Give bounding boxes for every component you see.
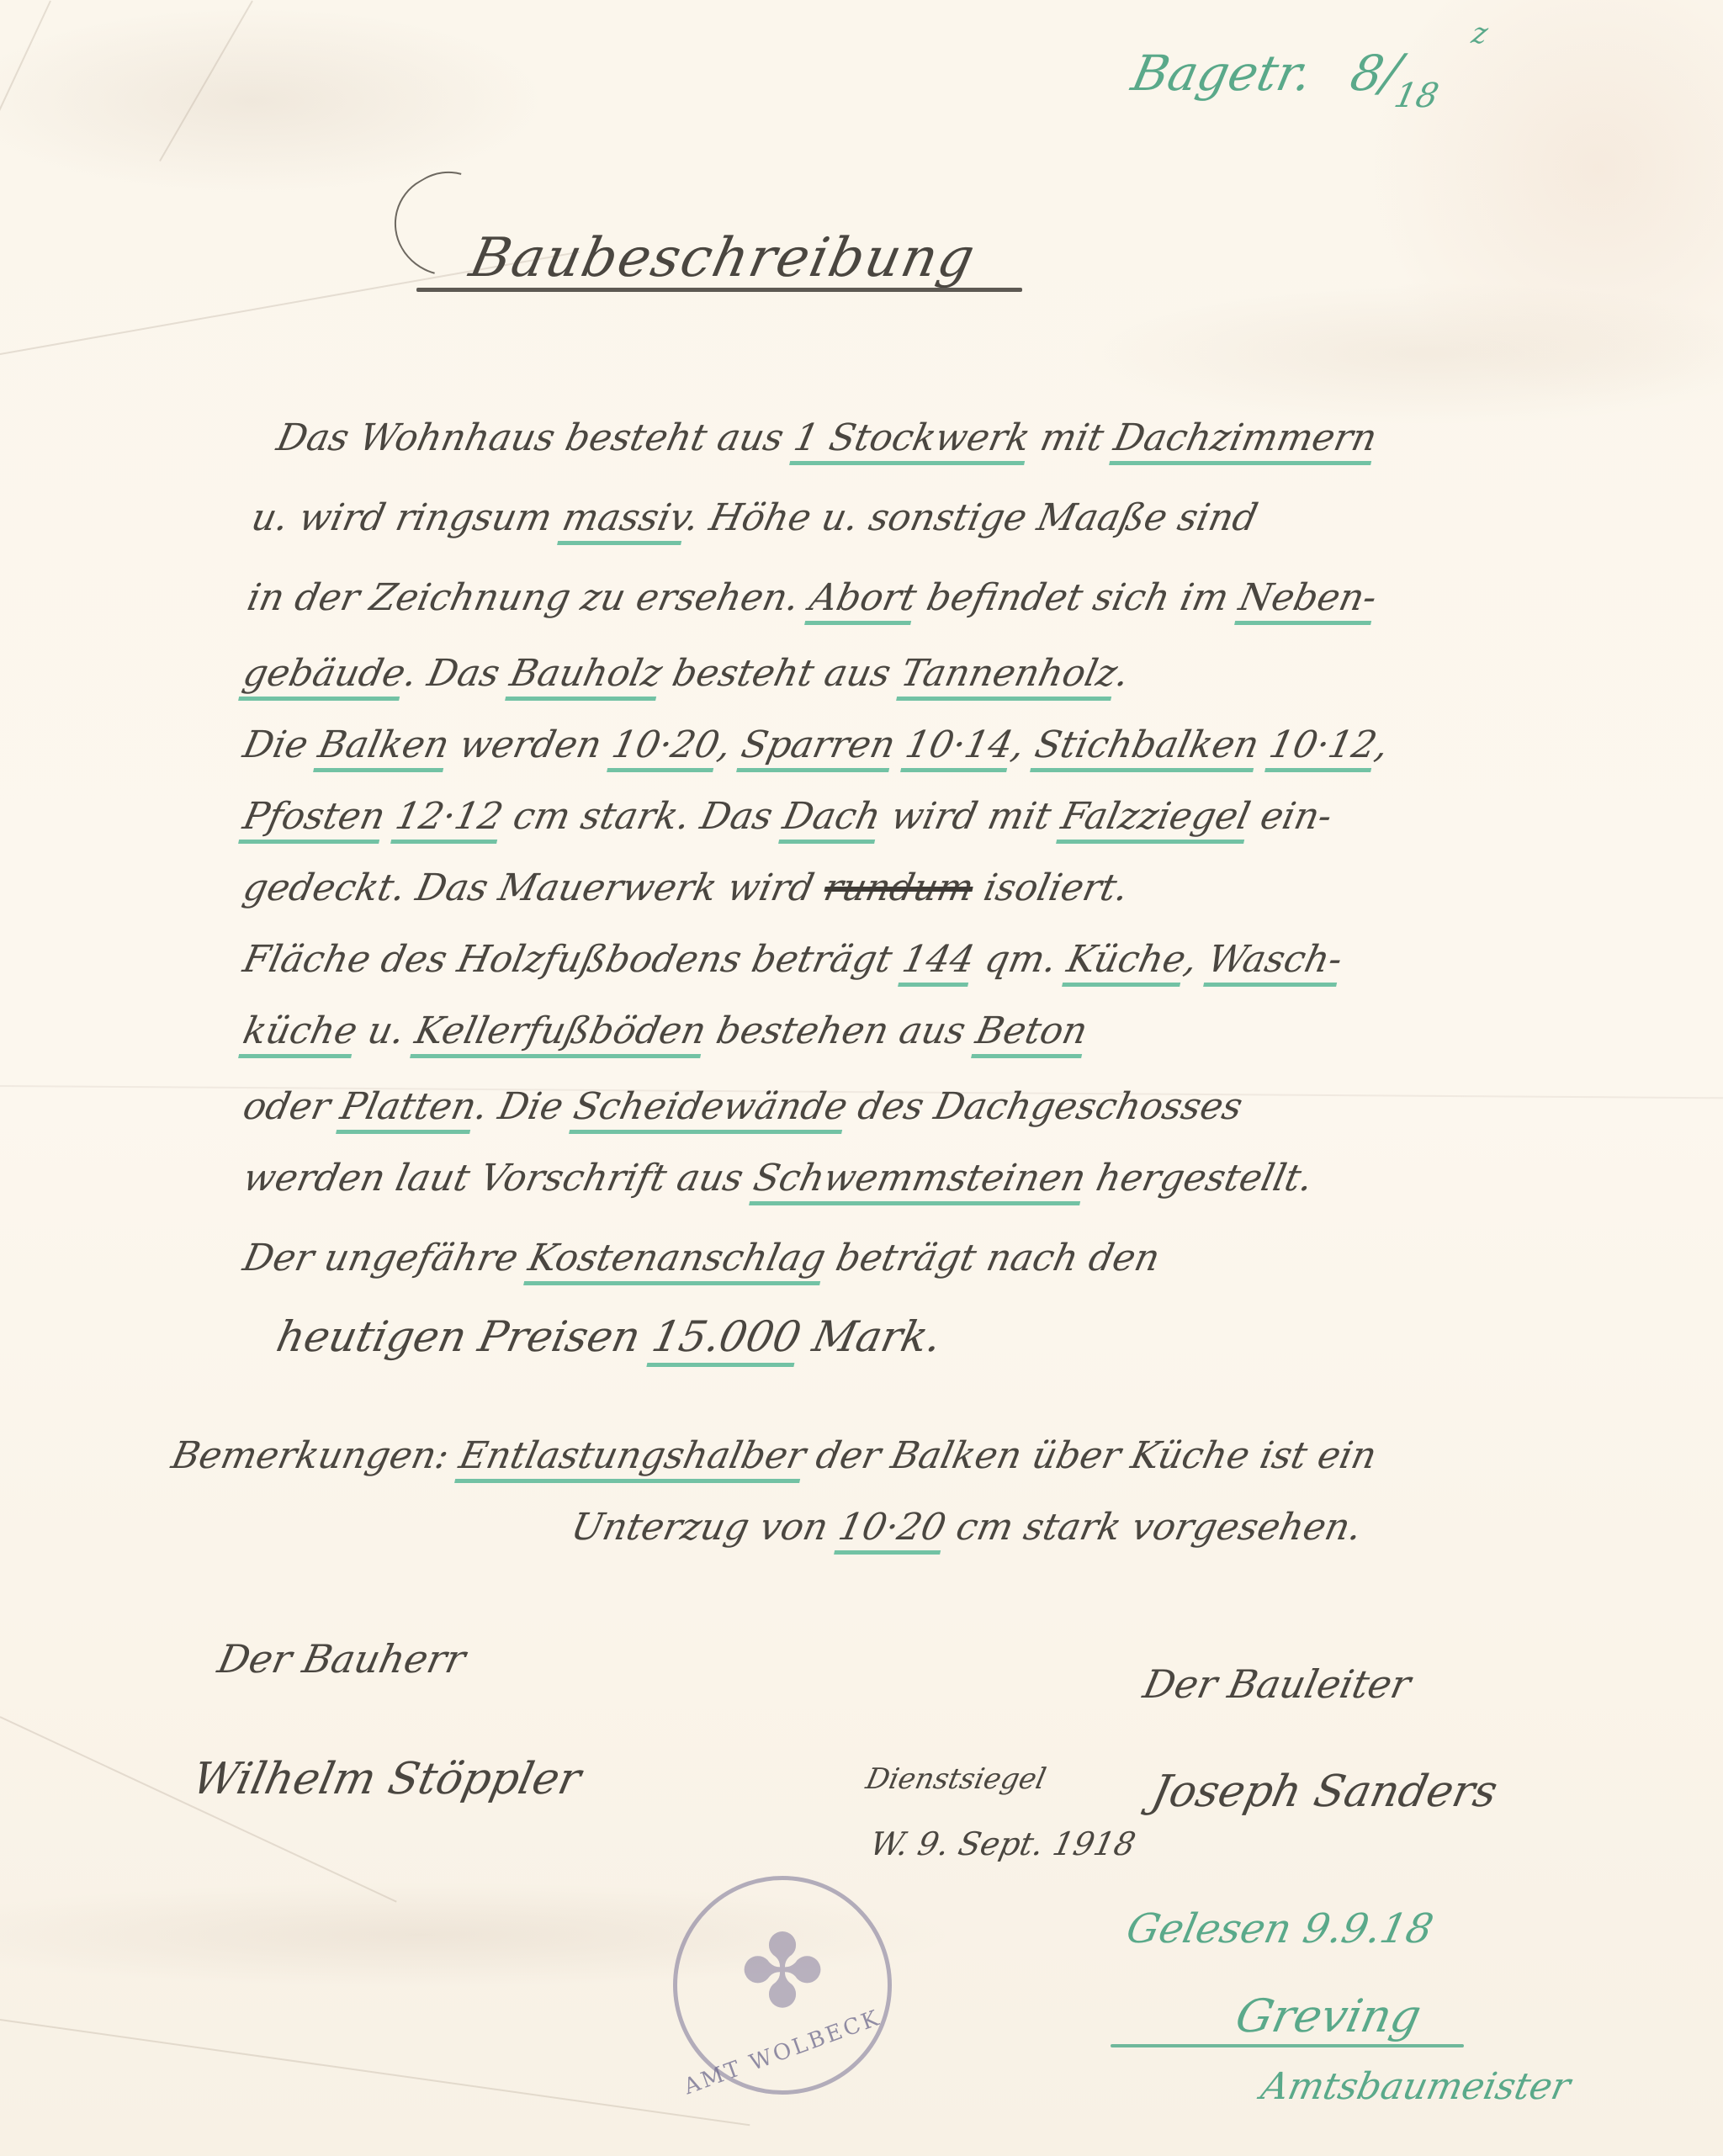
text-segment: oder (240, 1085, 347, 1128)
paper-crease (159, 1, 253, 162)
read-note: Gelesen 9.9.18 (1122, 1905, 1437, 1952)
owner-label: Der Bauherr (214, 1636, 469, 1682)
official-signature-underline (1111, 2044, 1464, 2047)
text-segment: werden (444, 723, 618, 766)
underlined-text: Dach (778, 795, 885, 844)
underlined-text: 15.000 (647, 1312, 806, 1367)
seal-note: Dienstsiegel (863, 1762, 1049, 1796)
body-line: gedeckt. Das Mauerwerk wird rundum isoli… (240, 866, 1132, 909)
text-segment: Die (240, 723, 324, 766)
underlined-text: 144 (898, 938, 978, 987)
body-line: Die Balken werden 10·20, Sparren 10·14, … (240, 723, 1392, 766)
text-segment: . Höhe u. sonstige Maaße sind (682, 496, 1261, 539)
underlined-text: Entlastungshalber (454, 1434, 809, 1483)
underlined-text: Pfosten (238, 795, 389, 844)
underlined-text: Beton (971, 1009, 1091, 1058)
text-segment: mit (1025, 416, 1119, 459)
underlined-text: Falzziegel (1057, 795, 1254, 844)
text-segment: des Dachgeschosses (842, 1085, 1246, 1128)
underlined-text: Abort (804, 576, 920, 625)
text-segment: cm stark. Das (498, 795, 788, 838)
body-line: gebäude. Das Bauholz besteht aus Tannenh… (240, 652, 1133, 695)
text-segment: u. (353, 1009, 421, 1052)
body-line: in der Zeichnung zu ersehen. Abort befin… (244, 576, 1381, 619)
text-segment: bestehen aus (701, 1009, 981, 1052)
paper-crease (0, 1716, 397, 1903)
text-segment: qm. (969, 938, 1073, 981)
document-page: Bagetr. 8/18 z Baubeschreibung Das Wohnh… (0, 0, 1723, 2156)
remarks-label: Bemerkungen: (168, 1434, 453, 1477)
owner-signature: Wilhelm Stöppler (188, 1754, 586, 1804)
text-segment: Das Wohnhaus besteht aus (273, 416, 799, 459)
reference-prefix: Bagetr. (1127, 45, 1317, 102)
body-line: Der ungefähre Kostenanschlag beträgt nac… (240, 1237, 1164, 1279)
official-title: Amtsbaumeister (1258, 2065, 1575, 2108)
body-line: küche u. Kellerfußböden bestehen aus Bet… (240, 1009, 1092, 1052)
struck-word: rundum (820, 866, 978, 909)
underlined-text: Sparren (736, 723, 899, 772)
underlined-text: massiv (558, 496, 692, 545)
text-segment: isoliert. (968, 866, 1132, 909)
underlined-text: Kellerfußböden (410, 1009, 710, 1058)
text-segment: heutigen Preisen (273, 1312, 659, 1361)
underlined-text: Dachzimmern (1109, 416, 1381, 465)
body-line: Das Wohnhaus besteht aus 1 Stockwerk mit… (273, 416, 1381, 459)
builder-signature: Joseph Sanders (1148, 1767, 1502, 1817)
underlined-text: Stichbalken (1030, 723, 1263, 772)
remarks-line-2: Unterzug von 10·20 cm stark vorgesehen. (568, 1506, 1366, 1549)
body-line: werden laut Vorschrift aus Schwemmsteine… (240, 1157, 1317, 1200)
reference-superscript: z (1469, 17, 1491, 50)
remarks-block: Bemerkungen: Entlastungshalber der Balke… (168, 1434, 1381, 1477)
body-line: u. wird ringsum massiv. Höhe u. sonstige… (248, 496, 1262, 539)
builder-label: Der Bauleiter (1139, 1661, 1414, 1707)
reference-year: 18 (1391, 77, 1442, 115)
eagle-icon: ✤ (740, 1922, 825, 2023)
paper-crease (0, 2019, 750, 2126)
text-segment: besteht aus (657, 652, 906, 695)
body-line: heutigen Preisen 15.000 Mark. (273, 1312, 946, 1361)
official-signature: Greving (1231, 1989, 1425, 2042)
page-title: Baubeschreibung (464, 227, 981, 289)
underlined-text: Bauholz (505, 652, 665, 701)
underlined-text: Platten (336, 1085, 480, 1134)
reference-mark: Bagetr. 8/18 (1124, 44, 1449, 115)
underlined-text: 10·14 (900, 723, 1016, 772)
text-segment: Unterzug von (568, 1506, 844, 1549)
underlined-text: Kostenanschlag (523, 1237, 830, 1285)
paper-crease (0, 1, 51, 199)
underlined-text: 10·20 (834, 1506, 950, 1555)
underlined-text: küche (238, 1009, 361, 1058)
underlined-text: Küche (1062, 938, 1190, 987)
body-line: Fläche des Holzfußbodens beträgt 144 qm.… (240, 938, 1346, 981)
underlined-text: Balken (313, 723, 453, 772)
underlined-text: 12·12 (390, 795, 506, 844)
text-segment: u. wird ringsum (248, 496, 568, 539)
text-segment: gedeckt. Das Mauerwerk wird (240, 866, 830, 909)
text-segment: . Das (400, 652, 516, 695)
text-segment: wird mit (876, 795, 1067, 838)
body-line: oder Platten. Die Scheidewände des Dachg… (240, 1085, 1247, 1128)
seal-date: W. 9. Sept. 1918 (867, 1825, 1138, 1862)
title-underline (416, 288, 1022, 292)
official-stamp: ✤ AMT WOLBECK (673, 1876, 892, 2095)
underlined-text: Schwemmsteinen (749, 1157, 1090, 1205)
text-segment: in der Zeichnung zu ersehen. (244, 576, 815, 619)
underlined-text: 1 Stockwerk (789, 416, 1034, 465)
body-line: Pfosten 12·12 cm stark. Das Dach wird mi… (240, 795, 1336, 838)
underlined-text: Neben- (1234, 576, 1381, 625)
text-segment: befindet sich im (911, 576, 1244, 619)
underlined-text: Scheidewände (569, 1085, 851, 1134)
text-segment: Mark. (795, 1312, 946, 1361)
text-segment: ein- (1245, 795, 1336, 838)
text-segment: Der ungefähre (240, 1237, 534, 1279)
text-segment: . Die (471, 1085, 579, 1128)
text-segment: beträgt nach den (820, 1237, 1164, 1279)
text-segment: der Balken über Küche ist ein (800, 1434, 1380, 1477)
underlined-text: Tannenholz (896, 652, 1121, 701)
underlined-text: 10·20 (607, 723, 723, 772)
text-segment: cm stark vorgesehen. (941, 1506, 1365, 1549)
text-segment: hergestellt. (1081, 1157, 1317, 1200)
text-segment: werden laut Vorschrift aus (240, 1157, 759, 1200)
text-segment: Fläche des Holzfußbodens beträgt (240, 938, 908, 981)
underlined-text: Wasch- (1203, 938, 1346, 987)
remarks-line-1: Entlastungshalber der Balken über Küche … (454, 1434, 1381, 1483)
underlined-text: 10·12 (1264, 723, 1381, 772)
underlined-text: gebäude (238, 652, 409, 701)
